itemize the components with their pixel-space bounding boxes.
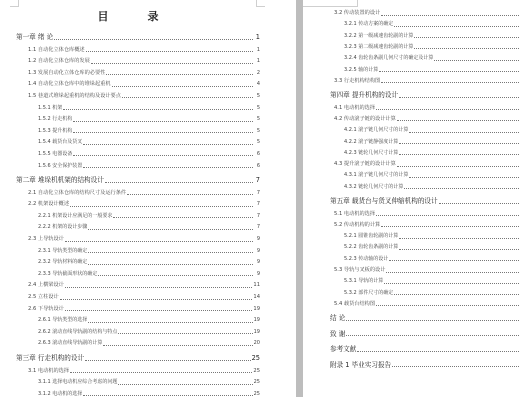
toc-chapter-entry[interactable]: 第三章 行走机构的设计25 [16, 355, 260, 362]
document-page-right: 3.2 传动装置的设计3.2.1 传动方案的确定3.2.2 第一级减速齿轮副的计… [303, 0, 520, 397]
toc-entry-label: 致 谢 [330, 331, 345, 338]
toc-entry[interactable]: 5.2 传动机构的计算 [334, 222, 520, 229]
toc-dot-leader [414, 48, 520, 49]
toc-entry-label: 5.2.1 圆锥齿轮副的计算 [344, 233, 398, 240]
toc-entry-label: 2.6.3 滚动直线导轨副的计算 [38, 340, 102, 347]
toc-entry[interactable]: 1.5.4 载货台及货叉5 [38, 139, 260, 146]
toc-page-number: 7 [254, 177, 260, 184]
toc-entry-label: 2.6.1 导轨类型的选择 [38, 317, 87, 324]
toc-page-number: 14 [253, 294, 260, 301]
toc-dot-leader [399, 154, 520, 155]
toc-entry[interactable]: 4.2 传动滚子链的设计计算 [334, 116, 520, 123]
toc-page-number: 2 [254, 70, 260, 77]
toc-page-number: 5 [254, 139, 260, 146]
toc-entry[interactable]: 5.1 电动机的选择 [334, 211, 520, 218]
toc-page-number: 9 [254, 248, 260, 255]
toc-entry-label: 3.1.2 电动机的选择 [38, 391, 82, 397]
toc-entry[interactable]: 1.5.1 机架5 [38, 105, 260, 112]
toc-page-number: 4 [254, 81, 260, 88]
toc-entry[interactable]: 5.4 载货台结构图 [334, 301, 520, 308]
toc-entry[interactable]: 1.4 自动化立体仓库中的堆垛起重机4 [28, 81, 260, 88]
toc-entry-label: 4.3.1 滚子链几何尺寸的计算 [344, 172, 408, 179]
toc-entry-label: 4.3 提升滚子链的设计计算 [334, 161, 396, 168]
toc-entry-label: 1.1 自动化立体仓库概述 [28, 47, 85, 54]
toc-entry[interactable]: 4.2.3 链轮几何尺寸计算 [344, 150, 520, 157]
toc-dot-leader [91, 63, 253, 64]
toc-dot-leader [409, 132, 520, 133]
toc-dot-leader [73, 132, 253, 133]
toc-entry[interactable]: 1.5 巷道式堆垛起重机的结构及设计要点5 [28, 93, 260, 100]
toc-dot-leader [381, 226, 520, 227]
toc-page-number: 6 [254, 151, 260, 158]
toc-entry-label: 5.2.2 齿轮齿条副的计算 [344, 244, 398, 251]
toc-chapter-entry[interactable]: 致 谢 [330, 331, 520, 338]
toc-chapter-entry[interactable]: 第四章 提升机构的设计 [330, 92, 520, 99]
toc-dot-leader [85, 360, 251, 361]
toc-entry-label: 2.2.2 机架的设计步骤 [38, 224, 87, 231]
toc-dot-leader [83, 167, 253, 168]
toc-page-number: 9 [254, 271, 260, 278]
toc-chapter-entry[interactable]: 附录 1 毕业实习报告 [330, 362, 520, 369]
toc-entry[interactable]: 2.5 立柱设计14 [28, 294, 260, 301]
margin-corner-mark [10, 0, 19, 7]
toc-entry-label: 5.3 导轨与叉板的设计 [334, 267, 385, 274]
toc-dot-leader [399, 238, 520, 239]
toc-page-number: 19 [254, 317, 260, 324]
toc-entry-label: 1.5.4 载货台及货叉 [38, 139, 82, 146]
toc-entry[interactable]: 5.2.3 传动轴的设计 [344, 256, 520, 263]
toc-dot-leader [397, 166, 520, 167]
toc-entry[interactable]: 2.3.3 导轨截面形状的确定9 [38, 271, 260, 278]
toc-entry[interactable]: 1.1 自动化立体仓库概述1 [28, 47, 260, 54]
toc-entry-label: 1.5.5 电器设备 [38, 151, 72, 158]
toc-entry-label: 2.5 立柱设计 [28, 294, 59, 301]
toc-entry-label: 结 论 [330, 315, 345, 322]
toc-page-number: 5 [254, 116, 260, 123]
toc-entry-label: 3.2 传动装置的设计 [334, 10, 380, 17]
document-page-left: 目 录 第一章 绪 论11.1 自动化立体仓库概述11.2 自动化立体仓库的发展… [0, 0, 296, 397]
toc-entry[interactable]: 2.6 下导轨设计19 [28, 306, 260, 313]
toc-dot-leader [54, 39, 253, 40]
toc-page-number: 7 [254, 201, 260, 208]
toc-entry[interactable]: 3.3 行走机构结构图 [334, 78, 520, 85]
toc-entry-label: 5.1 电动机的选择 [334, 211, 375, 218]
toc-entry-label: 1.2 自动化立体仓库的发展 [28, 58, 90, 65]
toc-dot-leader [414, 37, 520, 38]
toc-entry[interactable]: 2.2.1 机架设计应满足的一般要求7 [38, 213, 260, 220]
toc-dot-leader [88, 229, 253, 230]
toc-dot-leader [118, 333, 252, 334]
toc-dot-leader [127, 194, 253, 195]
toc-dot-leader [105, 182, 253, 183]
toc-dot-leader [394, 294, 520, 295]
toc-entry-label: 1.5.2 行走机构 [38, 116, 72, 123]
toc-dot-leader [60, 299, 253, 300]
toc-entry-label: 3.1 电动机的选择 [28, 368, 69, 375]
toc-dot-leader [98, 275, 253, 276]
toc-entry[interactable]: 1.5.3 提升机构5 [38, 128, 260, 135]
toc-entry[interactable]: 1.5.5 电器设备6 [38, 151, 260, 158]
toc-dot-leader [376, 305, 520, 306]
toc-dot-leader [409, 177, 520, 178]
toc-dot-leader [389, 260, 520, 261]
toc-chapter-entry[interactable]: 第一章 绪 论1 [16, 34, 260, 41]
toc-entry-label: 4.3.2 链轮几何尺寸的计算 [344, 184, 403, 191]
toc-entry-label: 1.5 巷道式堆垛起重机的结构及设计要点 [28, 93, 121, 100]
toc-title: 目 录 [0, 8, 270, 24]
toc-page-number: 7 [254, 213, 260, 220]
toc-chapter-entry[interactable]: 参考文献 [330, 346, 520, 353]
toc-entry-label: 第三章 行走机构的设计 [16, 355, 84, 362]
toc-dot-leader [439, 203, 520, 204]
toc-entry[interactable]: 2.3.2 导轨材料的确定9 [38, 259, 260, 266]
toc-page-number: 1 [254, 58, 260, 65]
toc-page-number: 25 [252, 355, 260, 362]
toc-entry[interactable]: 5.3.1 导轨的计算 [344, 278, 520, 285]
toc-dot-leader [399, 143, 520, 144]
toc-entry-label: 1.3 发展自动化立体仓库的必要性 [28, 70, 105, 77]
toc-entry-label: 3.2.3 第二级减速齿轮副的计算 [344, 44, 413, 51]
toc-dot-leader [88, 264, 253, 265]
toc-entry-label: 2.3.3 导轨截面形状的确定 [38, 271, 97, 278]
toc-chapter-entry[interactable]: 结 论 [330, 315, 520, 322]
toc-dot-leader [346, 320, 520, 321]
toc-entry-label: 3.2.4 齿轮齿条副几何尺寸的确定及计算 [344, 55, 433, 62]
toc-entry-label: 4.2 传动滚子链的设计计算 [334, 116, 396, 123]
toc-entry-label: 参考文献 [330, 346, 356, 353]
toc-entry-label: 5.4 载货台结构图 [334, 301, 375, 308]
toc-entry-label: 2.6 下导轨设计 [28, 306, 64, 313]
toc-entry-label: 2.4 上横梁设计 [28, 282, 64, 289]
toc-entry-label: 第四章 提升机构的设计 [330, 92, 398, 99]
toc-dot-leader [63, 109, 253, 110]
toc-page-number: 9 [254, 259, 260, 266]
toc-entry-label: 2.3 上导轨设计 [28, 236, 64, 243]
toc-dot-leader [404, 188, 520, 189]
toc-entry-label: 第五章 载货台与货叉伸缩机构的设计 [330, 198, 438, 205]
toc-page-number: 1 [254, 47, 260, 54]
toc-dot-leader [386, 272, 520, 273]
toc-entry[interactable]: 3.2 传动装置的设计 [334, 10, 520, 17]
toc-entry[interactable]: 2.6.1 导轨类型的选择19 [38, 317, 260, 324]
toc-page-number: 9 [254, 236, 260, 243]
toc-entry-label: 第二章 堆垛机机架的结构设计 [16, 177, 104, 184]
toc-entry-label: 3.2.1 传动方案的确定 [344, 21, 393, 28]
toc-entry[interactable]: 1.5.2 行走机构5 [38, 116, 260, 123]
toc-page-number: 1 [254, 34, 260, 41]
toc-entry-label: 2.2.1 机架设计应满足的一般要求 [38, 213, 112, 220]
toc-dot-leader [106, 74, 253, 75]
toc-entry[interactable]: 1.3 发展自动化立体仓库的必要性2 [28, 70, 260, 77]
toc-entry[interactable]: 4.3.1 滚子链几何尺寸的计算 [344, 172, 520, 179]
toc-dot-leader [392, 366, 520, 367]
toc-entry[interactable]: 4.3.2 链轮几何尺寸的计算 [344, 184, 520, 191]
toc-entry-label: 5.3.1 导轨的计算 [344, 278, 383, 285]
toc-dot-leader [83, 144, 253, 145]
toc-page-number: 7 [254, 190, 260, 197]
toc-entry-label: 4.2.3 链轮几何尺寸计算 [344, 150, 398, 157]
toc-page-number: 25 [254, 379, 260, 386]
toc-entry-label: 5.2.3 传动轴的设计 [344, 256, 388, 263]
toc-entry-label: 1.5.6 安全保护装置 [38, 163, 82, 170]
toc-entry[interactable]: 3.1.2 电动机的选择25 [38, 391, 260, 397]
toc-entry[interactable]: 2.2.2 机架的设计步骤7 [38, 224, 260, 231]
toc-entry[interactable]: 5.2.1 圆锥齿轮副的计算 [344, 233, 520, 240]
toc-entry-label: 2.3.2 导轨材料的确定 [38, 259, 87, 266]
toc-entry[interactable]: 2.6.3 滚动直线导轨副的计算20 [38, 340, 260, 347]
toc-dot-leader [113, 217, 253, 218]
toc-page-number: 20 [254, 340, 260, 347]
toc-dot-leader [397, 120, 520, 121]
toc-dot-leader [65, 310, 253, 311]
toc-dot-leader [399, 249, 520, 250]
toc-dot-leader [357, 351, 520, 352]
toc-entry-label: 5.3.2 部件尺寸的确定 [344, 290, 393, 297]
toc-entry-label: 第一章 绪 论 [16, 34, 53, 41]
toc-dot-leader [122, 97, 253, 98]
toc-dot-leader [379, 71, 520, 72]
toc-entry[interactable]: 3.1 电动机的选择25 [28, 368, 260, 375]
toc-dot-leader [70, 206, 253, 207]
margin-corner-mark [256, 0, 265, 7]
toc-dot-leader [381, 82, 520, 83]
toc-entry[interactable]: 2.1 自动化立体仓库的结构尺寸及运行条件7 [28, 190, 260, 197]
toc-dot-leader [73, 121, 253, 122]
toc-entry-label: 3.3 行走机构结构图 [334, 78, 380, 85]
toc-entry-label: 3.2.2 第一级减速齿轮副的计算 [344, 33, 413, 40]
toc-page-number: 5 [254, 105, 260, 112]
toc-entry-label: 4.2.1 滚子链几何尺寸的计算 [344, 127, 408, 134]
toc-entry[interactable]: 3.2.2 第一级减速齿轮副的计算 [344, 33, 520, 40]
toc-dot-leader [88, 322, 252, 323]
toc-page-number: 6 [254, 163, 260, 170]
toc-entry-label: 4.2.2 滚子链静强度计算 [344, 139, 398, 146]
toc-dot-leader [434, 60, 520, 61]
toc-entry-label: 2.1 自动化立体仓库的结构尺寸及运行条件 [28, 190, 126, 197]
toc-dot-leader [65, 287, 253, 288]
toc-dot-leader [73, 155, 253, 156]
toc-entry[interactable]: 4.3 提升滚子链的设计计算 [334, 161, 520, 168]
toc-dot-leader [103, 345, 252, 346]
toc-dot-leader [65, 241, 253, 242]
toc-dot-leader [118, 384, 252, 385]
toc-entry-label: 1.5.1 机架 [38, 105, 62, 112]
toc-entry[interactable]: 2.3.1 导轨类型的确定9 [38, 248, 260, 255]
toc-entry-label: 3.1.1 选择电动机应综合考虑的问题 [38, 379, 117, 386]
toc-entry[interactable]: 2.6.2 滚动直线导轨副的结构与特点19 [38, 329, 260, 336]
toc-page-number: 25 [254, 391, 260, 397]
toc-entry[interactable]: 2.4 上横梁设计11 [28, 282, 260, 289]
toc-page-number: 25 [253, 368, 260, 375]
toc-entry-label: 1.4 自动化立体仓库中的堆垛起重机 [28, 81, 111, 88]
toc-entry[interactable]: 1.2 自动化立体仓库的发展1 [28, 58, 260, 65]
toc-entry[interactable]: 2.2 机架设计概述7 [28, 201, 260, 208]
toc-entry-label: 2.2 机架设计概述 [28, 201, 69, 208]
toc-chapter-entry[interactable]: 第二章 堆垛机机架的结构设计7 [16, 177, 260, 184]
toc-entry[interactable]: 4.1 电动机的选择 [334, 105, 520, 112]
page-gap-divider [296, 0, 303, 397]
toc-dot-leader [376, 215, 520, 216]
toc-entry[interactable]: 5.2.2 齿轮齿条副的计算 [344, 244, 520, 251]
toc-dot-leader [70, 372, 252, 373]
toc-entry[interactable]: 3.2.5 轴的计算 [344, 67, 520, 74]
toc-entry[interactable]: 4.2.1 滚子链几何尺寸的计算 [344, 127, 520, 134]
toc-entry[interactable]: 1.5.6 安全保护装置6 [38, 163, 260, 170]
toc-entry-label: 1.5.3 提升机构 [38, 128, 72, 135]
toc-dot-leader [346, 335, 520, 336]
toc-entry[interactable]: 3.2.3 第二级减速齿轮副的计算 [344, 44, 520, 51]
toc-dot-leader [83, 395, 252, 396]
toc-entry[interactable]: 4.2.2 滚子链静强度计算 [344, 139, 520, 146]
toc-dot-leader [384, 283, 520, 284]
toc-entry[interactable]: 3.1.1 选择电动机应综合考虑的问题25 [38, 379, 260, 386]
toc-entry-label: 附录 1 毕业实习报告 [330, 362, 391, 369]
toc-dot-leader [88, 252, 253, 253]
toc-dot-leader [381, 15, 520, 16]
toc-entry-label: 3.2.5 轴的计算 [344, 67, 378, 74]
toc-dot-leader [399, 97, 520, 98]
toc-dot-leader [112, 86, 253, 87]
toc-page-number: 5 [254, 93, 260, 100]
toc-entry-label: 2.6.2 滚动直线导轨副的结构与特点 [38, 329, 117, 336]
toc-page-number: 5 [254, 128, 260, 135]
toc-dot-leader [376, 109, 520, 110]
margin-corner-mark [303, 0, 358, 7]
toc-chapter-entry[interactable]: 第五章 载货台与货叉伸缩机构的设计 [330, 198, 520, 205]
toc-entry[interactable]: 5.3 导轨与叉板的设计 [334, 267, 520, 274]
toc-entry-label: 2.3.1 导轨类型的确定 [38, 248, 87, 255]
toc-page-number: 19 [253, 306, 260, 313]
toc-page-number: 7 [254, 224, 260, 231]
toc-entry[interactable]: 3.2.4 齿轮齿条副几何尺寸的确定及计算 [344, 55, 520, 62]
toc-dot-leader [86, 51, 253, 52]
toc-entry[interactable]: 2.3 上导轨设计9 [28, 236, 260, 243]
toc-entry[interactable]: 3.2.1 传动方案的确定 [344, 21, 520, 28]
toc-page-number: 11 [253, 282, 260, 289]
toc-page-number: 19 [254, 329, 260, 336]
toc-dot-leader [394, 26, 520, 27]
toc-entry-label: 4.1 电动机的选择 [334, 105, 375, 112]
toc-entry[interactable]: 5.3.2 部件尺寸的确定 [344, 290, 520, 297]
toc-entry-label: 5.2 传动机构的计算 [334, 222, 380, 229]
